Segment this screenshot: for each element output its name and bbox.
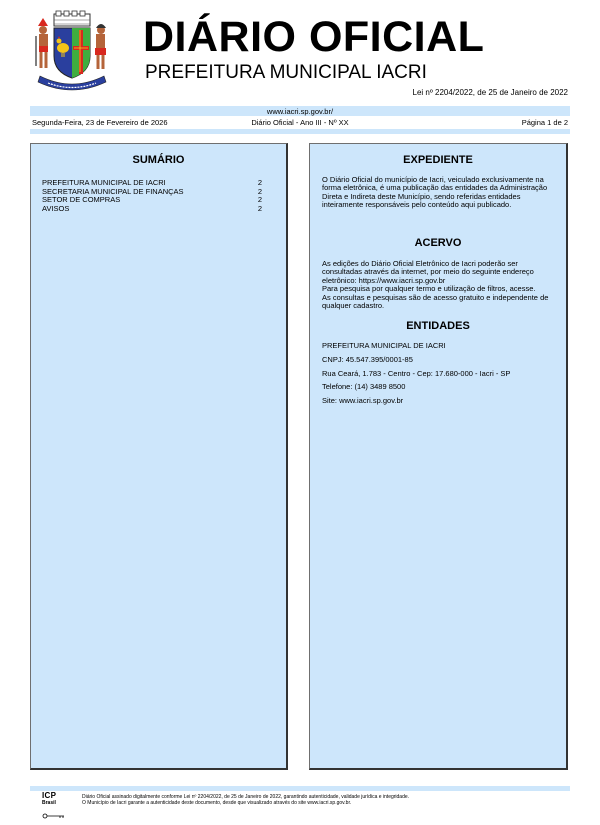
sumario-item-page: 2 <box>252 205 262 214</box>
page-indicator: Página 1 de 2 <box>522 116 568 130</box>
divider-bar <box>30 129 570 134</box>
page-title: DIÁRIO OFICIAL <box>143 14 484 60</box>
key-icon <box>42 813 66 819</box>
entity-phone: Telefone: (14) 3489 8500 <box>322 383 558 397</box>
entity-name: PREFEITURA MUNICIPAL DE IACRI <box>322 342 558 356</box>
acervo-heading: ACERVO <box>310 237 566 249</box>
sumario-panel: SUMÁRIO PREFEITURA MUNICIPAL DE IACRI 2 … <box>30 143 288 770</box>
acervo-paragraph: As consultas e pesquisas são de acesso g… <box>322 294 558 311</box>
sumario-item[interactable]: SETOR DE COMPRAS 2 <box>42 196 262 205</box>
footer-divider <box>30 786 570 791</box>
edition-info-row: Segunda-Feira, 23 de Fevereiro de 2026 D… <box>30 116 570 129</box>
sumario-heading: SUMÁRIO <box>31 154 286 166</box>
website-link[interactable]: www.iacri.sp.gov.br/ <box>267 107 333 116</box>
entidades-list: PREFEITURA MUNICIPAL DE IACRI CNPJ: 45.5… <box>322 342 558 411</box>
sumario-item-name: AVISOS <box>42 205 192 214</box>
entity-cnpj: CNPJ: 45.547.395/0001-85 <box>322 356 558 370</box>
footer-signature-text: Diário Oficial assinado digitalmente con… <box>82 794 409 806</box>
sumario-item[interactable]: AVISOS 2 <box>42 205 262 214</box>
entidades-heading: ENTIDADES <box>310 320 566 332</box>
acervo-paragraph: As edições do Diário Oficial Eletrônico … <box>322 260 558 285</box>
municipal-coat-of-arms-icon <box>30 10 114 92</box>
law-reference: Lei nº 2204/2022, de 25 de Janeiro de 20… <box>413 88 569 97</box>
acervo-text: As edições do Diário Oficial Eletrônico … <box>322 260 558 310</box>
sumario-list: PREFEITURA MUNICIPAL DE IACRI 2 SECRETAR… <box>42 179 262 213</box>
info-panel: EXPEDIENTE O Diário Oficial do município… <box>309 143 568 770</box>
edition-number: Diário Oficial - Ano III - Nº XX <box>30 116 570 130</box>
expediente-text: O Diário Oficial do município de Iacri, … <box>322 176 558 210</box>
expediente-heading: EXPEDIENTE <box>310 154 566 166</box>
page-subtitle: PREFEITURA MUNICIPAL IACRI <box>145 62 427 84</box>
website-bar: www.iacri.sp.gov.br/ <box>30 106 570 116</box>
entity-address: Rua Ceará, 1.783 - Centro - Cep: 17.680-… <box>322 370 558 384</box>
entity-site[interactable]: Site: www.iacri.sp.gov.br <box>322 397 558 411</box>
icp-brasil-logo-icon: ICP Brasil <box>42 792 68 816</box>
